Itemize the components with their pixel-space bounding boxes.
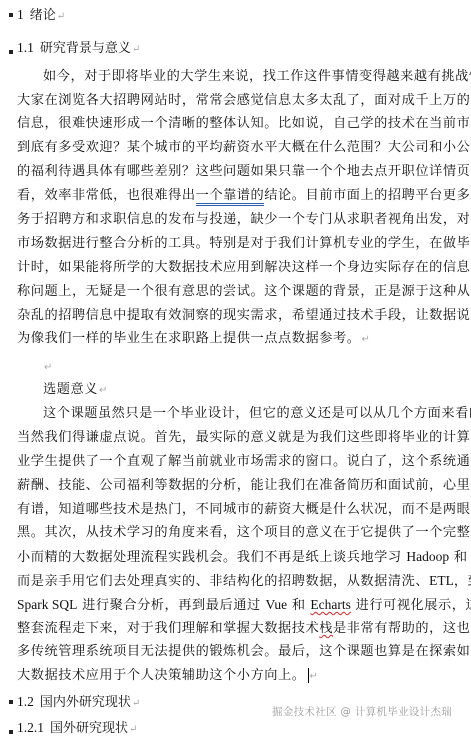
text-line: 业学生提供了一个直观了解当前就业市场需求的窗口。说白了，这个系统通过对 bbox=[17, 451, 464, 473]
heading-1-2[interactable]: 1.2国内外研究现状↵ bbox=[9, 691, 140, 713]
paragraph-mark-icon: ↵ bbox=[132, 44, 140, 55]
heading-title: 绪论 bbox=[30, 8, 56, 23]
text-span: Vue bbox=[265, 597, 287, 612]
list-bullet-icon bbox=[9, 13, 13, 17]
text-line: Spark SQL 进行聚合分析，再到最后通过 Vue 和 Echarts 进行… bbox=[17, 594, 464, 616]
text-span: Hadoop bbox=[406, 549, 449, 564]
text-line: 的福利待遇具体有哪些差别？这些问题如果只靠一个个地去点开职位详情页来 bbox=[17, 161, 464, 183]
text-line: 当然我们得谦虚点说。首先，最实际的意义就是为我们这些即将毕业的计算机专 bbox=[17, 427, 464, 449]
text-line: 到底有多受欢迎？某个城市的平均薪资水平大概在什么范围？大公司和小公司 bbox=[17, 137, 464, 159]
text-span: 整套流程走下来，对于我们理解和掌握大数据技术 bbox=[17, 621, 319, 636]
text-span: 和 bbox=[449, 550, 471, 565]
text-line: 多传统管理系统项目无法提供的锻炼机会。最后，这个课题也算是在探索如何将 bbox=[17, 641, 464, 663]
paragraph-mark-icon: ↵ bbox=[44, 362, 53, 373]
spellcheck-error-text[interactable]: 栈 bbox=[319, 621, 333, 636]
text-span: 结论。目前市面上的招聘平台更多是服 bbox=[264, 188, 471, 203]
paragraph-mark-icon: ↵ bbox=[310, 671, 319, 682]
list-bullet-icon bbox=[9, 730, 13, 734]
text-span: ETL bbox=[429, 573, 454, 588]
text-span: 为像我们一样的毕业生在求职路上提供一点点数据参考。 bbox=[17, 331, 360, 346]
text-line: 看，效率非常低，也很难得出一个靠谱的结论。目前市面上的招聘平台更多是服 bbox=[17, 185, 464, 207]
paragraph-mark-icon: ↵ bbox=[57, 11, 65, 22]
text-line: 为像我们一样的毕业生在求职路上提供一点点数据参考。↵ bbox=[17, 328, 464, 350]
paragraph-mark-icon: ↵ bbox=[361, 334, 370, 345]
paragraph-mark-icon: ↵ bbox=[99, 385, 108, 396]
text-span: Spark SQL bbox=[17, 597, 77, 612]
grammar-underline-text[interactable]: 一个靠谱的 bbox=[196, 188, 265, 206]
heading-number: 1 bbox=[17, 7, 24, 22]
heading-number: 1.2.1 bbox=[17, 720, 44, 735]
heading-number: 1.2 bbox=[17, 694, 34, 709]
heading-title: 国内外研究现状 bbox=[40, 695, 131, 710]
heading-1-1[interactable]: 1.1研究背景与意义↵ bbox=[9, 37, 140, 59]
text-line: 计时，如果能将所学的大数据技术应用到解决这样一个身边实际存在的信息不对 bbox=[17, 257, 464, 279]
text-line: 小而精的大数据处理流程实践机会。我们不再是纸上谈兵地学习 Hadoop 和 Sp… bbox=[17, 546, 464, 568]
text-line: 薪酬、技能、公司福利等数据的分析，能让我们在准备简历和面试前，心里能更 bbox=[17, 475, 464, 497]
heading-title: 研究背景与意义 bbox=[40, 41, 131, 56]
text-span: 进行聚合分析，再到最后通过 bbox=[77, 598, 265, 613]
text-span: 和 bbox=[287, 598, 310, 613]
text-line: 大家在浏览各大招聘网站时，常常会感觉信息太多太乱了，面对成千上万的岗位 bbox=[17, 90, 464, 112]
spellcheck-error-text[interactable]: Echarts bbox=[310, 597, 350, 612]
text-line: 如今，对于即将毕业的大学生来说，找工作这件事情变得越来越有挑战性。 bbox=[43, 66, 464, 88]
list-bullet-icon bbox=[9, 50, 13, 54]
text-line: 黑。其次，从技术学习的角度来看，这个项目的意义在于它提供了一个完整的、 bbox=[17, 522, 464, 544]
subheading-text: 选题意义 bbox=[43, 382, 98, 397]
heading-1[interactable]: 1绪论↵ bbox=[9, 4, 65, 26]
paragraph-mark-icon: ↵ bbox=[132, 698, 140, 709]
text-line: 务于招聘方和求职信息的发布与投递，缺少一个专门从求职者视角出发，对宏观 bbox=[17, 209, 464, 231]
text-line: 大数据技术应用于个人决策辅助这个小方向上。↵ bbox=[17, 665, 464, 687]
text-span: 大数据技术应用于个人决策辅助这个小方向上。 bbox=[17, 668, 306, 683]
text-line: 信息，很难快速形成一个清晰的整体认知。比如说，自己学的技术在当前市场上 bbox=[17, 113, 464, 135]
heading-1-2-1[interactable]: 1.2.1国外研究现状↵ bbox=[9, 717, 137, 738]
text-span: ，到用 bbox=[454, 574, 471, 589]
text-line: 有谱，知道哪些技术是热门，不同城市的薪资大概是什么状况，而不是两眼一抹 bbox=[17, 499, 464, 521]
paragraph-mark-icon: ↵ bbox=[129, 724, 137, 735]
text-span: 进行可视化展示，这一 bbox=[351, 598, 471, 613]
heading-title: 国外研究现状 bbox=[50, 721, 128, 736]
text-span: 是非常有帮助的，这也是很 bbox=[333, 621, 471, 636]
watermark: 掘金技术社区 @ 计算机毕业设计杰瑞 bbox=[272, 704, 452, 719]
list-bullet-icon bbox=[9, 700, 13, 704]
heading-number: 1.1 bbox=[17, 40, 34, 55]
text-line: 而是亲手用它们去处理真实的、非结构化的招聘数据，从数据清洗、ETL，到用 bbox=[17, 570, 464, 592]
text-line: 这个课题虽然只是一个毕业设计，但它的意义还是可以从几个方面来看的， bbox=[43, 403, 464, 425]
text-line: 市场数据进行整合分析的工具。特别是对于我们计算机专业的学生，在做毕业设 bbox=[17, 233, 464, 255]
empty-paragraph[interactable]: ↵ bbox=[43, 356, 464, 378]
text-line: 整套流程走下来，对于我们理解和掌握大数据技术栈是非常有帮助的，这也是很 bbox=[17, 618, 464, 640]
text-span: 看，效率非常低，也很难得出 bbox=[17, 188, 196, 203]
significance-title[interactable]: 选题意义↵ bbox=[43, 379, 464, 401]
text-cursor bbox=[308, 668, 309, 683]
text-span: 小而精的大数据处理流程实践机会。我们不再是纸上谈兵地学习 bbox=[17, 550, 406, 565]
text-line: 杂乱的招聘信息中提取有效洞察的现实需求，希望通过技术手段，让数据说话， bbox=[17, 305, 464, 327]
document-page[interactable]: 1绪论↵ 1.1研究背景与意义↵ 如今，对于即将毕业的大学生来说，找工作这件事情… bbox=[0, 0, 471, 738]
text-line: 称问题上，无疑是一个很有意思的尝试。这个课题的背景，正是源于这种从海量、 bbox=[17, 281, 464, 303]
text-span: 而是亲手用它们去处理真实的、非结构化的招聘数据，从数据清洗、 bbox=[17, 574, 429, 589]
